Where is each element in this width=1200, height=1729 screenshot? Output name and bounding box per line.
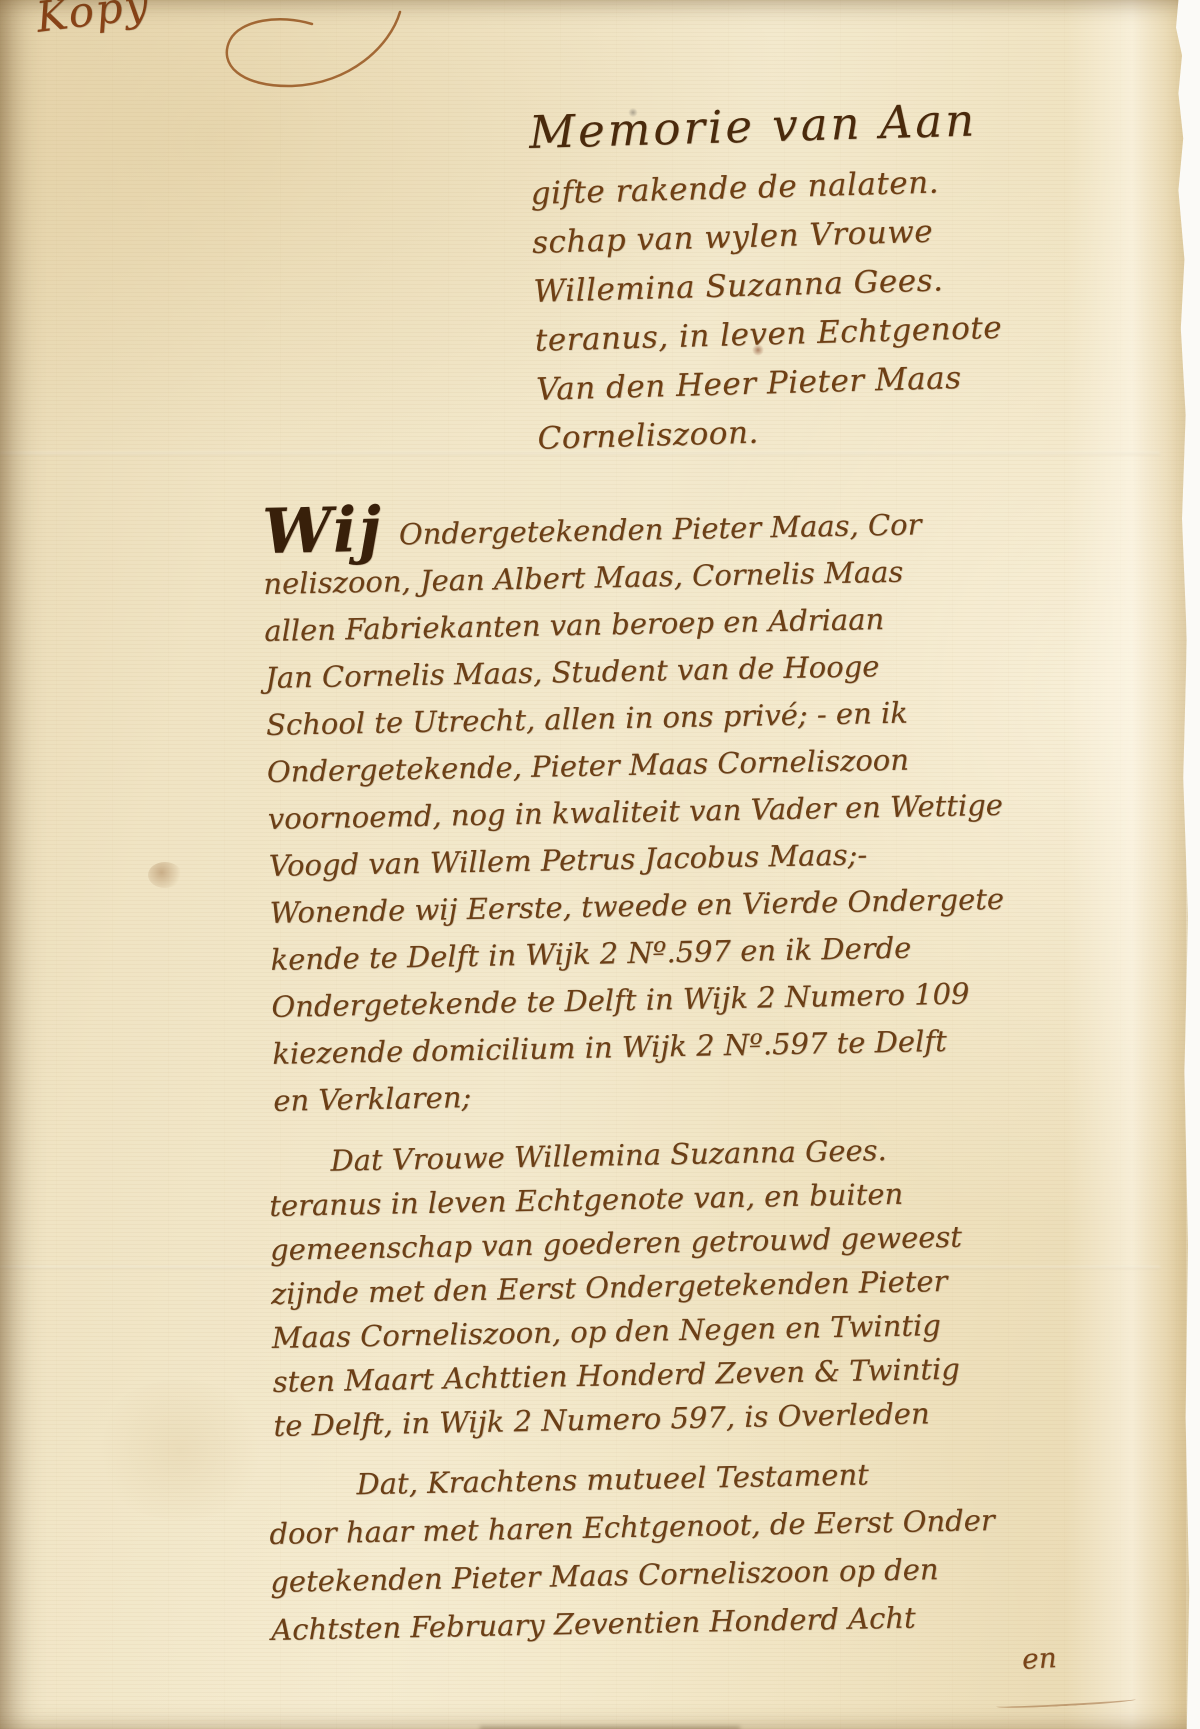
stain	[148, 862, 182, 888]
title-block: Memorie van Aan gifte rakende de nalaten…	[528, 80, 1098, 463]
paragraph-1: WijOndergetekenden Pieter Maas, Cor neli…	[262, 498, 1104, 1125]
copy-annotation: Kopy	[33, 0, 152, 42]
paragraph-2: Dat Vrouwe Willemina Suzanna Gees. teran…	[268, 1124, 1104, 1448]
kopy-flourish	[200, 6, 410, 96]
manuscript-page: Kopy Memorie van Aan gifte rakende de na…	[0, 0, 1200, 1729]
catchword: en	[1021, 1641, 1057, 1676]
line-text: Ondergetekenden Pieter Maas, Cor	[399, 507, 922, 551]
paragraph-3: Dat, Krachtens mutueel Testament door ha…	[268, 1446, 1102, 1654]
opening-word: Wij	[262, 493, 384, 568]
catchword-flourish	[996, 1696, 1136, 1709]
stain	[90, 1380, 270, 1520]
